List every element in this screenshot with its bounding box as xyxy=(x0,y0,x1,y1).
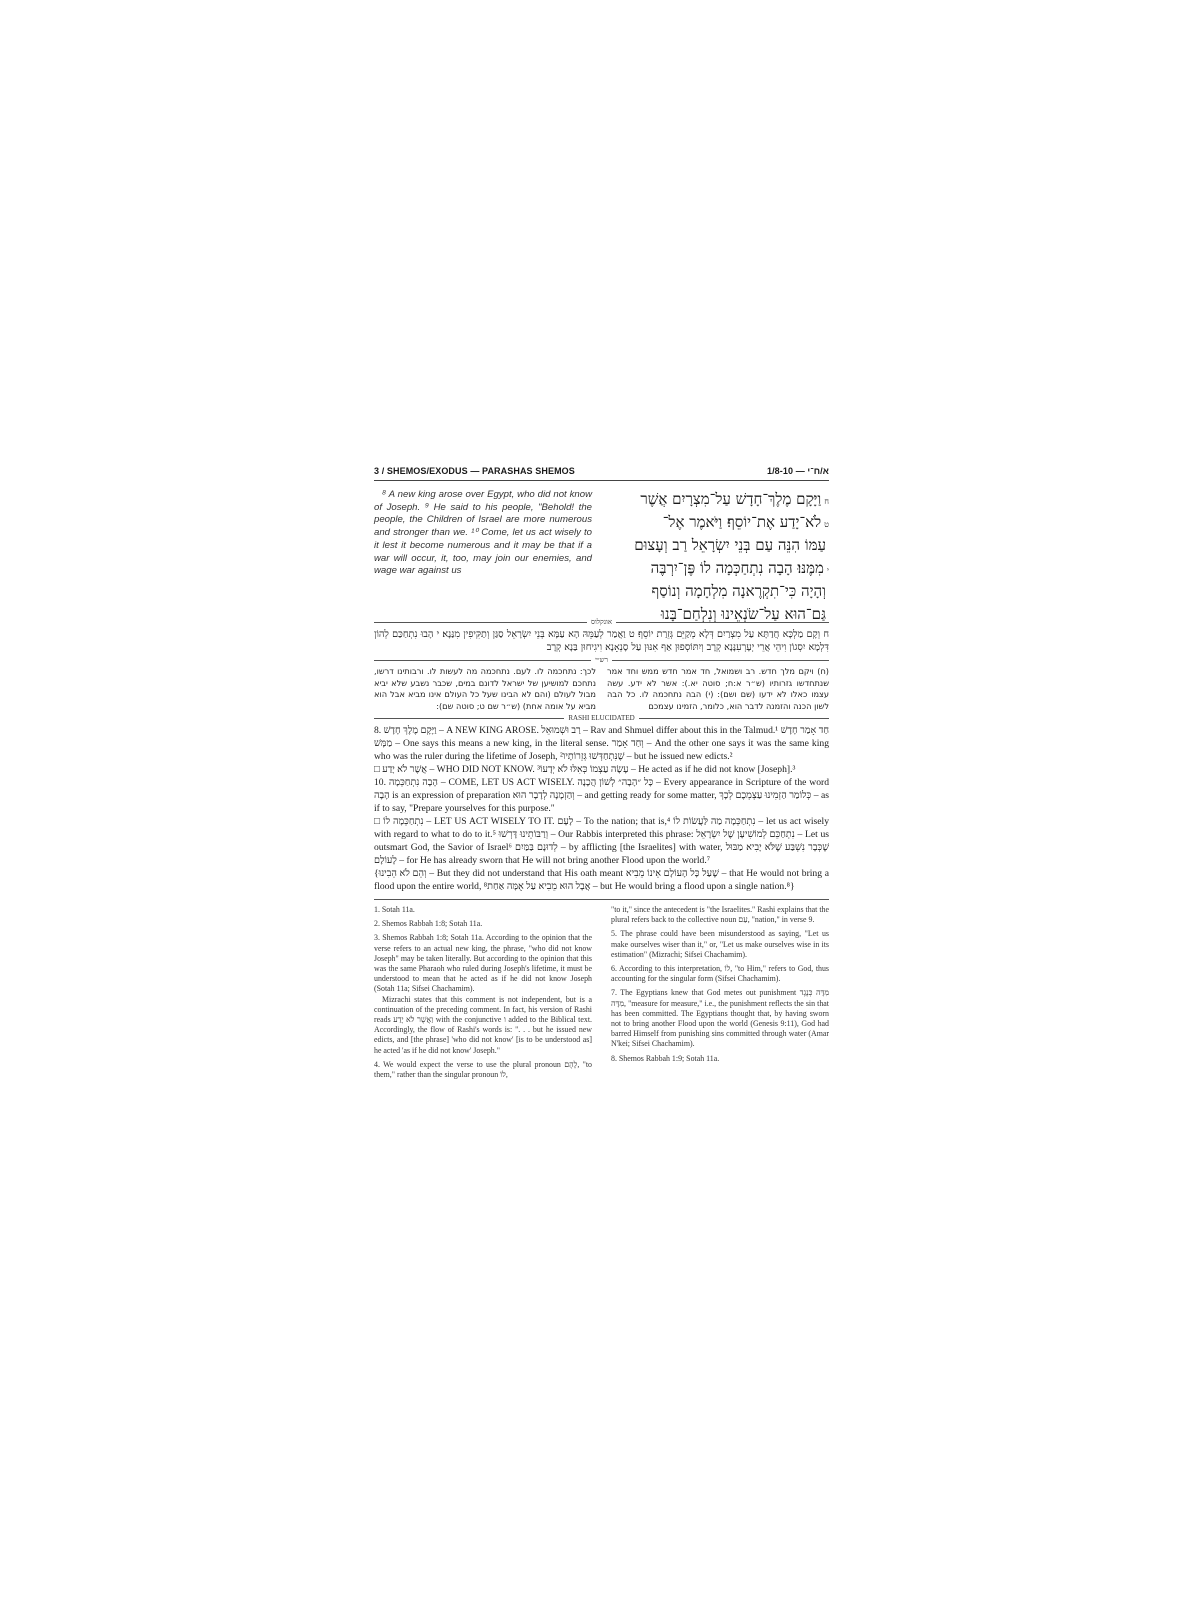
elucidated-paragraph: □ נִתְחַכְּמָה לוֹ – LET US ACT WISELY T… xyxy=(374,815,829,867)
rashi-divider: רש״י xyxy=(374,656,829,664)
verse-number: ח xyxy=(824,497,829,506)
elucidated-paragraph: 10. הָבָה נִתְחַכְּמָה – COME, LET US AC… xyxy=(374,776,829,815)
footnote: 5. The phrase could have been misunderst… xyxy=(611,929,829,960)
footnote: 6. According to this interpretation, לוֹ… xyxy=(611,964,829,984)
footnote: 8. Shemos Rabbah 1:9; Sotah 11a. xyxy=(611,1054,829,1064)
hebrew-verses: חוַיָּקָם מֶלֶךְ־חָדָשׁ עַל־מִצְרָיִם אֲ… xyxy=(597,489,829,616)
footnote-rule xyxy=(374,899,829,900)
elucidated-divider: RASHI ELUCIDATED xyxy=(374,714,829,722)
english-translation: ⁸ A new king arose over Egypt, who did n… xyxy=(374,489,592,616)
footnotes-left-column: 1. Sotah 11a. 2. Shemos Rabbah 1:8; Sota… xyxy=(374,905,592,1084)
hebrew-line: טלֹא־יָדַע אֶת־יוֹסֵף׃ וַיֹּאמֶר אֶל־ xyxy=(597,512,829,535)
footnotes: 1. Sotah 11a. 2. Shemos Rabbah 1:8; Sota… xyxy=(374,905,829,1084)
footnote: 7. The Egyptians knew that God metes out… xyxy=(611,988,829,1049)
footnote: 3. Shemos Rabbah 1:8; Sotah 11a. Accordi… xyxy=(374,933,592,994)
header-left: 3 / SHEMOS/EXODUS — PARASHAS SHEMOS xyxy=(374,466,575,476)
hebrew-line: חוַיָּקָם מֶלֶךְ־חָדָשׁ עַל־מִצְרָיִם אֲ… xyxy=(597,489,829,512)
verse-number: י xyxy=(827,566,829,575)
footnote-continuation: Mizrachi states that this comment is not… xyxy=(374,995,592,1056)
hebrew-line: עַמּוֹ הִנֵּה עַם בְּנֵי יִשְׂרָאֵל רַב … xyxy=(597,535,829,558)
elucidated-paragraph: □ אֲשֶׁר לֹא יָדַע – WHO DID NOT KNOW. ע… xyxy=(374,763,829,776)
footnote: 4. We would expect the verse to use the … xyxy=(374,1060,592,1080)
hebrew-line: גַּם־הוּא עַל־שֹׂנְאֵינוּ וְנִלְחַם־בָּנ… xyxy=(597,604,829,627)
hebrew-line: ימִמֶּנּוּ׃ הָבָה נִתְחַכְּמָה לוֹ פֶּן־… xyxy=(597,558,829,581)
elucidated-paragraph: 8. וַיָּקָם מֶלֶךְ חָדָשׁ – A NEW KING A… xyxy=(374,724,829,763)
header-right: 1/8-10 — א/ח־י xyxy=(767,466,829,476)
rashi-commentary: (ח) ויקם מלך חדש. רב ושמואל, חד אמר חדש … xyxy=(374,666,829,712)
hebrew-line: וְהָיָה כִּי־תִקְרֶאנָה מִלְחָמָה וְנוֹס… xyxy=(597,581,829,604)
rashi-elucidated: 8. וַיָּקָם מֶלֶךְ חָדָשׁ – A NEW KING A… xyxy=(374,724,829,893)
footnote: 2. Shemos Rabbah 1:8; Sotah 11a. xyxy=(374,919,592,929)
onkelos-text: ח וְקָם מַלְכָּא חֲדַתָּא עַל מִצְרַיִם … xyxy=(374,628,829,654)
rashi-left-column: לכך: נתחכמה לו. לעם. נתחכמה מה לעשות לו.… xyxy=(374,666,596,712)
footnote: 1. Sotah 11a. xyxy=(374,905,592,915)
running-header: 3 / SHEMOS/EXODUS — PARASHAS SHEMOS 1/8-… xyxy=(374,466,829,481)
rashi-right-column: (ח) ויקם מלך חדש. רב ושמואל, חד אמר חדש … xyxy=(607,666,829,712)
book-page: 3 / SHEMOS/EXODUS — PARASHAS SHEMOS 1/8-… xyxy=(374,466,829,1084)
verse-block: ⁸ A new king arose over Egypt, who did n… xyxy=(374,489,829,616)
footnote-continuation: "to it," since the antecedent is "the Is… xyxy=(611,905,829,925)
verse-number: ט xyxy=(824,520,829,529)
elucidated-paragraph: {וְהֵם לֹא הֵבִינוּ – But they did not u… xyxy=(374,867,829,893)
footnotes-right-column: "to it," since the antecedent is "the Is… xyxy=(611,905,829,1084)
